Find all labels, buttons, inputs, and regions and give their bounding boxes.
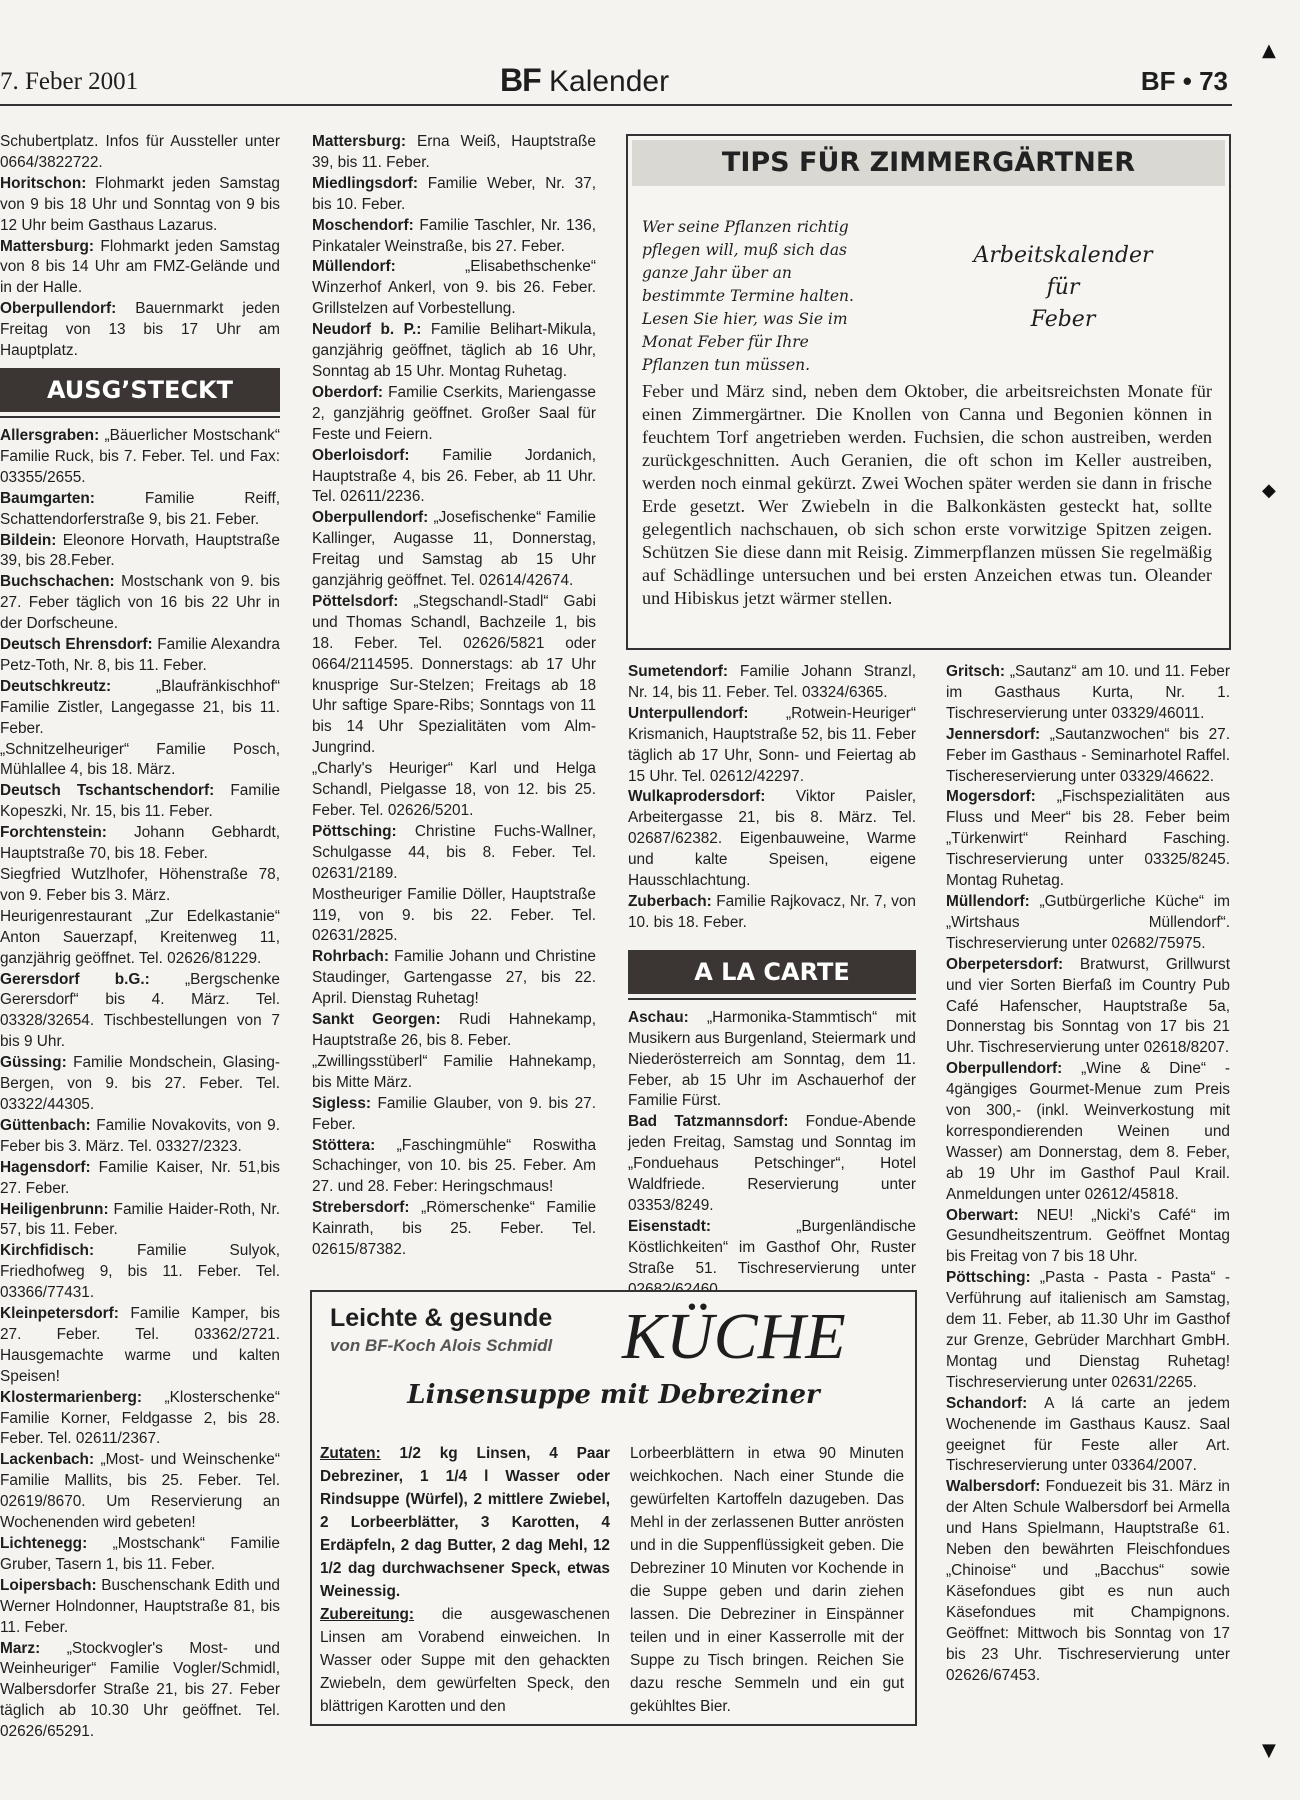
listing-entry: Marz: „Stockvogler's Most- und Weinheuri… [0,1639,280,1744]
tips-side-heading: Arbeitskalender für Feber [928,240,1198,336]
listing-place: Oberpullendorf: [946,1060,1062,1077]
listing-entry: Oberpullendorf: „Josefischenke“ Familie … [312,508,596,592]
listing-place: Pöttsching: [946,1269,1031,1286]
listing-place: Bad Tatzmannsdorf: [628,1113,788,1130]
listing-place: Mattersburg: [312,133,406,150]
listing-place: Deutschkreutz: [0,678,111,695]
column-4: Gritsch: „Sautanz“ am 10. und 11. Feber … [946,662,1230,1686]
listing-entry: Sumetendorf: Familie Johann Stranzl, Nr.… [628,662,916,704]
listing-place: Mogersdorf: [946,788,1036,805]
listing-entry: Hagensdorf: Familie Kaiser, Nr. 51,bis 2… [0,1158,280,1200]
listing-entry: Forchtenstein: Johann Gebhardt, Hauptstr… [0,823,280,865]
listing-place: Baumgarten: [0,490,95,507]
listing-place: Oberpullendorf: [0,300,116,317]
listing-place: Pöttelsdorf: [312,593,398,610]
margin-mark-icon: ◆ [1262,480,1276,501]
listing-place: Stöttera: [312,1137,375,1154]
section-title: BF Kalender [500,62,669,99]
listing-entry: Mostheuriger Familie Döller, Hauptstraße… [312,885,596,948]
listing-place: Hagensdorf: [0,1159,91,1176]
recipe-column-1: Zutaten: 1/2 kg Linsen, 4 Paar Debrezine… [320,1442,610,1718]
listing-entry: Allersgraben: „Bäuerlicher Mostschank“ F… [0,426,280,489]
preparation-text-continued: Lorbeerblättern in etwa 90 Minuten weich… [630,1445,904,1715]
listing-entry: Strebersdorf: „Römerschenke“ Familie Kai… [312,1198,596,1261]
listing-text: Schubertplatz. Infos für Aussteller unte… [0,133,280,171]
column-1: Schubertplatz. Infos für Aussteller unte… [0,132,280,1743]
listing-entry: Zuberbach: Familie Rajkovacz, Nr. 7, von… [628,892,916,934]
listing-entry: Oberloisdorf: Familie Jordanich, Hauptst… [312,446,596,509]
listing-text: „Schnitzelheuriger“ Familie Posch, Mühla… [0,741,280,779]
alacarte-list-continued: Gritsch: „Sautanz“ am 10. und 11. Feber … [946,662,1230,1686]
listing-place: Wulkaprodersdorf: [628,788,765,805]
listing-entry: Mattersburg: Erna Weiß, Hauptstraße 39, … [312,132,596,174]
listing-place: Zuberbach: [628,893,712,910]
listing-entry: Pöttelsdorf: „Stegschandl-Stadl“ Gabi un… [312,592,596,759]
listing-place: Allersgraben: [0,427,99,444]
listing-place: Sigless: [312,1095,371,1112]
listing-text: Fonduezeit bis 31. März in der Alten Sch… [946,1478,1230,1683]
margin-mark-icon: ▼ [1262,1740,1276,1761]
listing-entry: Schandorf: A lá carte an jedem Wochenend… [946,1394,1230,1478]
listing-entry: Bildein: Eleonore Horvath, Hauptstraße 3… [0,531,280,573]
ausgsteckt-list-end: Sumetendorf: Familie Johann Stranzl, Nr.… [628,662,916,934]
listing-place: Gritsch: [946,663,1005,680]
listing-entry: Lichtenegg: „Mostschank“ Familie Gruber,… [0,1534,280,1576]
listing-entry: Sankt Georgen: Rudi Hahnekamp, Hauptstra… [312,1010,596,1052]
listing-place: Buchschachen: [0,573,115,590]
listing-place: Deutsch Tschantschendorf: [0,782,214,799]
listing-place: Oberdorf: [312,384,383,401]
listing-place: Sankt Georgen: [312,1011,441,1028]
listing-place: Walbersdorf: [946,1478,1040,1495]
listing-place: Unterpullendorf: [628,705,749,722]
listing-place: Strebersdorf: [312,1199,410,1216]
listing-place: Oberwart: [946,1207,1019,1224]
section-name: Kalender [549,65,669,98]
listing-text: „Stockvogler's Most- und Weinheuriger“ F… [0,1640,280,1741]
tips-title: TIPS FÜR ZIMMERGÄRTNER [632,140,1225,186]
tips-box: TIPS FÜR ZIMMERGÄRTNER Wer seine Pflanze… [626,134,1231,650]
page-number: BF • 73 [1141,66,1228,97]
listing-entry: Walbersdorf: Fonduezeit bis 31. März in … [946,1477,1230,1686]
listing-text: „Zwillingsstüberl“ Familie Hahnekamp, bi… [312,1053,596,1091]
listing-entry: Müllendorf: „Gutbürgerliche Küche“ im „W… [946,892,1230,955]
listing-text: Siegfried Wutzlhofer, Höhenstraße 78, vo… [0,866,280,904]
listing-text: „Wine & Dine“ - 4gängiges Gourmet-Menue … [946,1060,1230,1202]
listing-entry: Güttenbach: Familie Novakovits, von 9. F… [0,1116,280,1158]
tips-body: Feber und März sind, neben dem Oktober, … [642,380,1212,610]
listing-entry: Unterpullendorf: „Rotwein-Heuriger“ Kris… [628,704,916,788]
listing-place: Jennersdorf: [946,726,1040,743]
listing-entry: Müllendorf: „Elisabethschenke“ Winzerhof… [312,257,596,320]
listing-text: „Charly's Heuriger“ Karl und Helga Schan… [312,760,596,819]
listing-place: Müllendorf: [312,258,396,275]
listing-entry: Baumgarten: Familie Reiff, Schattendorfe… [0,489,280,531]
brand-logo: BF [500,62,541,98]
listing-place: Eisenstadt: [628,1218,711,1235]
listing-entry: Pöttsching: „Pasta - Pasta - Pasta“ - Ve… [946,1268,1230,1393]
listing-entry: Lackenbach: „Most- und Weinschenke“ Fami… [0,1450,280,1534]
side-heading-line: Arbeitskalender [928,240,1198,272]
banner-divider [628,998,916,1000]
listing-entry: Güssing: Familie Mondschein, Glasing-Ber… [0,1053,280,1116]
listing-entry: Stöttera: „Faschingmühle“ Roswitha Schac… [312,1136,596,1199]
listing-entry: Deutsch Ehrensdorf: Familie Alexandra Pe… [0,635,280,677]
listing-place: Pöttsching: [312,823,397,840]
listing-place: Aschau: [628,1009,689,1026]
listing-place: Moschendorf: [312,217,414,234]
listing-place: Sumetendorf: [628,663,728,680]
listing-place: Lichtenegg: [0,1535,87,1552]
listing-entry: „Charly's Heuriger“ Karl und Helga Schan… [312,759,596,822]
column-3: Sumetendorf: Familie Johann Stranzl, Nr.… [628,662,916,1300]
listing-entry: Oberpullendorf: „Wine & Dine“ - 4gängige… [946,1059,1230,1205]
listing-entry: „Schnitzelheuriger“ Familie Posch, Mühla… [0,740,280,782]
listing-place: Gerersdorf b.G.: [0,971,150,988]
listing-text: Mostheuriger Familie Döller, Hauptstraße… [312,886,596,945]
recipe-column-2: Lorbeerblättern in etwa 90 Minuten weich… [630,1442,904,1718]
ausgsteckt-list-continued: Mattersburg: Erna Weiß, Hauptstraße 39, … [312,132,596,1261]
listing-entry: Heiligenbrunn: Familie Haider-Roth, Nr. … [0,1200,280,1242]
listing-entry: Bad Tatzmannsdorf: Fondue-Abende jeden F… [628,1112,916,1217]
listing-place: Miedlingsdorf: [312,175,418,192]
listing-place: Loipersbach: [0,1577,97,1594]
listing-place: Klostermarienberg: [0,1389,142,1406]
listing-entry: „Zwillingsstüberl“ Familie Hahnekamp, bi… [312,1052,596,1094]
listing-entry: Mattersburg: Flohmarkt jeden Samstag von… [0,237,280,300]
listing-place: Müllendorf: [946,893,1030,910]
listing-place: Mattersburg: [0,238,94,255]
listing-text: „Pasta - Pasta - Pasta“ - Verführung auf… [946,1269,1230,1391]
column-2: Mattersburg: Erna Weiß, Hauptstraße 39, … [312,132,596,1261]
alacarte-list: Aschau: „Harmonika-Stammtisch“ mit Musik… [628,1008,916,1301]
listing-place: Marz: [0,1640,40,1657]
listing-entry: Pöttsching: Christine Fuchs-Wallner, Sch… [312,822,596,885]
listing-place: Oberpullendorf: [312,509,428,526]
recipe-byline: von BF-Koch Alois Schmidl [330,1336,552,1356]
listing-entry: Miedlingsdorf: Familie Weber, Nr. 37, bi… [312,174,596,216]
listing-entry: Eisenstadt: „Burgenländische Köstlichkei… [628,1217,916,1301]
listing-place: Kirchfidisch: [0,1242,94,1259]
listing-place: Rohrbach: [312,948,389,965]
alacarte-banner: A LA CARTE [628,950,916,994]
markets-list: Schubertplatz. Infos für Aussteller unte… [0,132,280,362]
listing-entry: Deutsch Tschantschendorf: Familie Kopesz… [0,781,280,823]
listing-entry: Loipersbach: Buschenschank Edith und Wer… [0,1576,280,1639]
header-divider [0,104,1232,106]
listing-entry: Oberpullendorf: Bauernmarkt jeden Freita… [0,299,280,362]
tips-intro: Wer seine Pflanzen richtig pflegen will,… [642,216,874,377]
listing-place: Oberloisdorf: [312,447,409,464]
listing-entry: Heurigenrestaurant „Zur Edelkastanie“ An… [0,907,280,970]
listing-entry: Oberdorf: Familie Cserkits, Mariengasse … [312,383,596,446]
listing-entry: Gritsch: „Sautanz“ am 10. und 11. Feber … [946,662,1230,725]
listing-entry: Kleinpetersdorf: Familie Kamper, bis 27.… [0,1304,280,1388]
listing-entry: Siegfried Wutzlhofer, Höhenstraße 78, vo… [0,865,280,907]
listing-place: Deutsch Ehrensdorf: [0,636,153,653]
listing-text: Heurigenrestaurant „Zur Edelkastanie“ An… [0,908,280,967]
side-heading-line: Feber [928,304,1198,336]
page-header: 7. Feber 2001 BF Kalender BF • 73 [0,60,1232,104]
listing-place: Güssing: [0,1054,67,1071]
recipe-box: Leichte & gesunde von BF-Koch Alois Schm… [310,1290,917,1726]
listing-entry: Klostermarienberg: „Klosterschenke“ Fami… [0,1388,280,1451]
recipe-section-title: KÜCHE [622,1302,846,1372]
listing-place: Lackenbach: [0,1451,94,1468]
listing-place: Horitschon: [0,175,86,192]
listing-entry: Oberpetersdorf: Bratwurst, Grillwurst un… [946,955,1230,1060]
listing-entry: Aschau: „Harmonika-Stammtisch“ mit Musik… [628,1008,916,1113]
ausgsteckt-banner: AUSG’STECKT [0,368,280,412]
listing-entry: Gerersdorf b.G.: „Bergschenke Gerersdorf… [0,970,280,1054]
listing-entry: Sigless: Familie Glauber, von 9. bis 27.… [312,1094,596,1136]
ingredients-text: 1/2 kg Linsen, 4 Paar Debreziner, 1 1/4 … [320,1445,610,1600]
recipe-title: Linsensuppe mit Debreziner [312,1380,915,1410]
listing-place: Neudorf b. P.: [312,321,421,338]
listing-place: Schandorf: [946,1395,1027,1412]
listing-place: Kleinpetersdorf: [0,1305,119,1322]
listing-entry: Mogersdorf: „Fischspezialitäten aus Flus… [946,787,1230,892]
banner-divider [0,416,280,418]
preparation-label: Zubereitung: [320,1606,414,1623]
listing-place: Forchtenstein: [0,824,107,841]
registration-mark-icon: ▲ [1262,40,1276,61]
listing-entry: Wulkaprodersdorf: Viktor Paisler, Arbeit… [628,787,916,892]
listing-entry: Oberwart: NEU! „Nicki's Café“ im Gesundh… [946,1206,1230,1269]
listing-entry: Neudorf b. P.: Familie Belihart-Mikula, … [312,320,596,383]
side-heading-line: für [928,272,1198,304]
listing-entry: Jennersdorf: „Sautanzwochen“ bis 27. Feb… [946,725,1230,788]
listing-place: Bildein: [0,532,56,549]
listing-entry: Horitschon: Flohmarkt jeden Samstag von … [0,174,280,237]
listing-entry: Moschendorf: Familie Taschler, Nr. 136, … [312,216,596,258]
listing-text: „Stegschandl-Stadl“ Gabi und Thomas Scha… [312,593,596,756]
listing-place: Oberpetersdorf: [946,956,1063,973]
listing-entry: Deutschkreutz: „Blaufränkischhof“ Famili… [0,677,280,740]
ausgsteckt-list: Allersgraben: „Bäuerlicher Mostschank“ F… [0,426,280,1743]
listing-entry: Kirchfidisch: Familie Sulyok, Friedhofwe… [0,1241,280,1304]
listing-place: Heiligenbrunn: [0,1201,109,1218]
listing-entry: Rohrbach: Familie Johann und Christine S… [312,947,596,1010]
listing-place: Güttenbach: [0,1117,91,1134]
issue-date: 7. Feber 2001 [0,68,138,96]
recipe-kicker: Leichte & gesunde [330,1304,552,1333]
ingredients-label: Zutaten: [320,1445,381,1462]
listing-entry: Buchschachen: Mostschank von 9. bis 27. … [0,572,280,635]
listing-entry: Schubertplatz. Infos für Aussteller unte… [0,132,280,174]
